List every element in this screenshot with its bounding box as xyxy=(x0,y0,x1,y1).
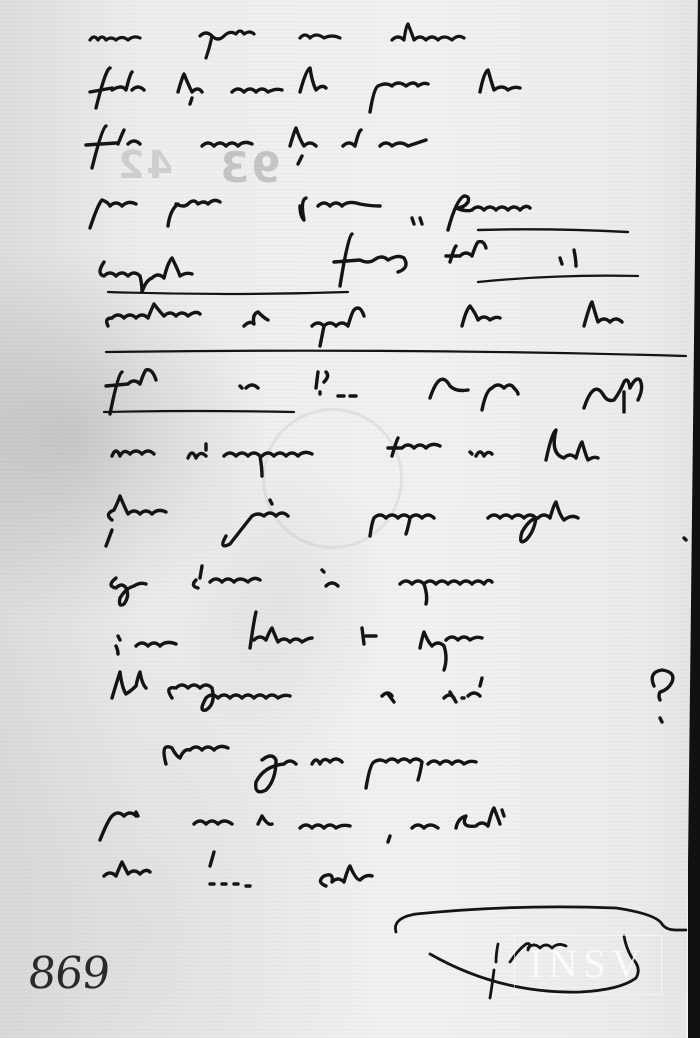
insv-watermark: INSV xyxy=(514,935,662,995)
archive-number: 869 xyxy=(25,948,111,999)
handwriting-strokes xyxy=(0,0,700,1038)
letter-page: 93 42 nare quello che abbiamo fatto noi,… xyxy=(0,0,700,1038)
